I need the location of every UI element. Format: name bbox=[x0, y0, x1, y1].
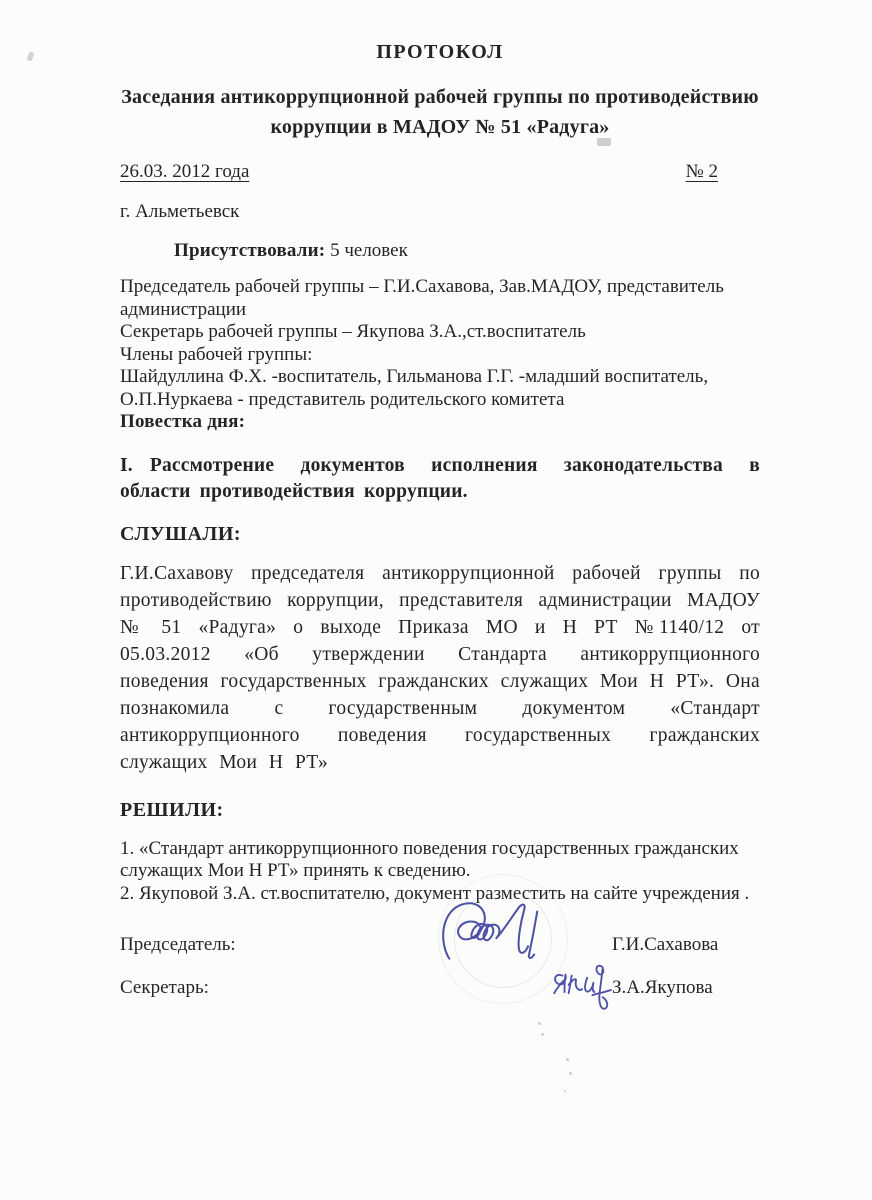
participant-line-members-label: Члены рабочей группы: bbox=[120, 344, 760, 367]
heard-section-text: Г.И.Сахавову председателя антикоррупцион… bbox=[120, 560, 760, 776]
agenda-item-text: Рассмотрение документов исполнения закон… bbox=[120, 455, 760, 502]
chairman-name: Г.И.Сахавова bbox=[612, 933, 718, 956]
attendees-line: Присутствовали: 5 человек bbox=[120, 239, 760, 262]
scanned-document-page: ПРОТОКОЛ Заседания антикоррупционной раб… bbox=[0, 0, 872, 1200]
participant-line-members-2: О.П.Нуркаева - представитель родительско… bbox=[120, 389, 760, 412]
city-line: г. Альметьевск bbox=[120, 200, 760, 223]
document-content: ПРОТОКОЛ Заседания антикоррупционной раб… bbox=[0, 0, 872, 905]
secretary-signature-row: Секретарь: З.А.Якупова bbox=[120, 976, 760, 999]
participants-block: Председатель рабочей группы – Г.И.Сахаво… bbox=[120, 276, 760, 434]
chairman-signature-row: Председатель: Г.И.Сахавова bbox=[120, 933, 760, 956]
document-title: ПРОТОКОЛ bbox=[120, 40, 760, 64]
decided-section-label: РЕШИЛИ: bbox=[120, 798, 760, 822]
scan-artifact bbox=[569, 1072, 572, 1075]
document-date: 26.03. 2012 года bbox=[120, 160, 249, 184]
date-number-row: 26.03. 2012 года № 2 bbox=[120, 160, 760, 184]
scan-artifact bbox=[564, 1090, 566, 1092]
attendees-label: Присутствовали: bbox=[174, 240, 325, 261]
agenda-item-numeral: I. bbox=[120, 455, 133, 476]
participant-line-members-1: Шайдуллина Ф.Х. -воспитатель, Гильманова… bbox=[120, 366, 760, 389]
secretary-label: Секретарь: bbox=[120, 977, 209, 998]
scan-artifact bbox=[566, 1058, 569, 1061]
agenda-item: I.Рассмотрение документов исполнения зак… bbox=[120, 453, 760, 505]
participant-line-secretary: Секретарь рабочей группы – Якупова З.А.,… bbox=[120, 321, 760, 344]
scan-artifact bbox=[538, 1022, 541, 1025]
heard-section-label: СЛУШАЛИ: bbox=[120, 522, 760, 546]
decision-item-1: 1. «Стандарт антикоррупционного поведени… bbox=[120, 838, 760, 883]
document-number: № 2 bbox=[686, 160, 718, 184]
scan-artifact bbox=[541, 1033, 544, 1036]
attendees-value: 5 человек bbox=[325, 240, 408, 261]
document-subtitle: Заседания антикоррупционной рабочей груп… bbox=[120, 82, 760, 142]
secretary-name: З.А.Якупова bbox=[612, 976, 713, 999]
chairman-label: Председатель: bbox=[120, 934, 236, 955]
agenda-label: Повестка дня: bbox=[120, 411, 760, 434]
participant-line-chairman: Председатель рабочей группы – Г.И.Сахаво… bbox=[120, 276, 760, 321]
